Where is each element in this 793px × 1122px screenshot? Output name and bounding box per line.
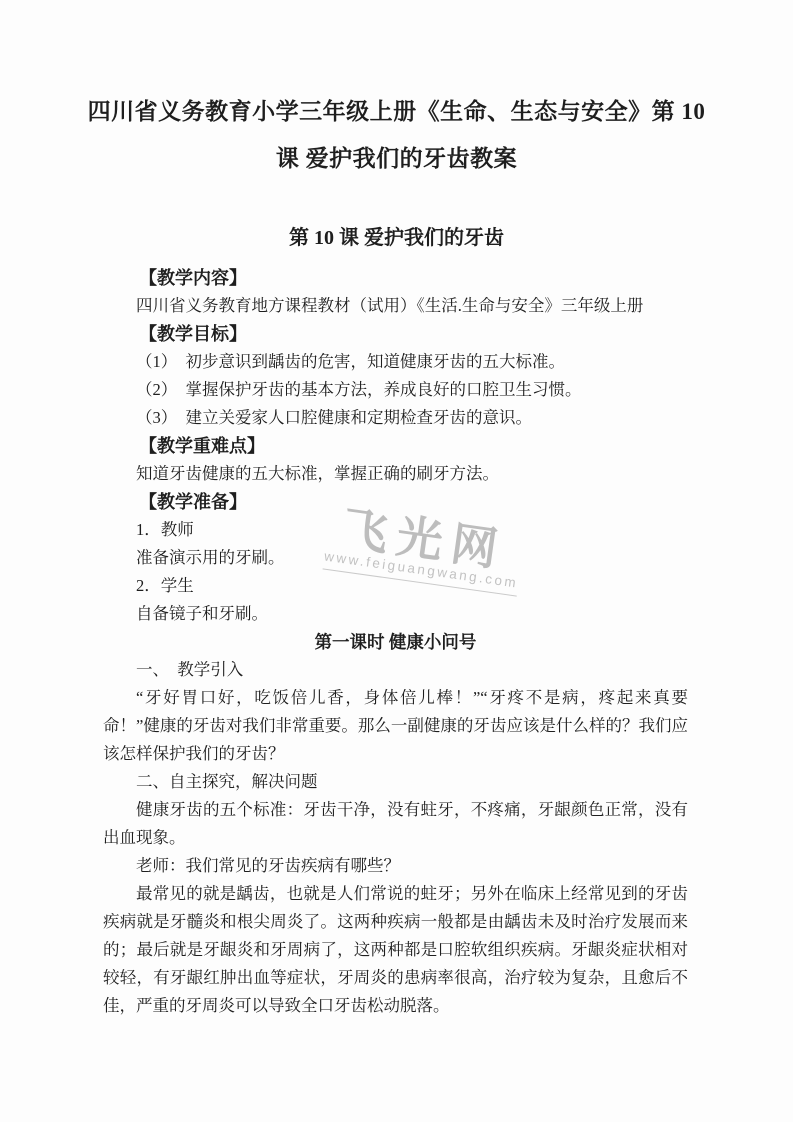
section-heading-teaching-content: 【教学内容】	[103, 264, 688, 292]
preparation-line-teacher: 1．教师	[103, 516, 688, 544]
objective-item-2: （2） 掌握保护牙齿的基本方法，养成良好的口腔卫生习惯。	[103, 376, 688, 404]
period1-step2-heading: 二、自主探究，解决问题	[103, 768, 688, 796]
section-heading-preparation: 【教学准备】	[103, 488, 688, 516]
objective-item-1: （1） 初步意识到龋齿的危害，知道健康牙齿的五大标准。	[103, 348, 688, 376]
document-body: 【教学内容】 四川省义务教育地方课程教材（试用）《生活.生命与安全》三年级上册 …	[103, 264, 688, 1020]
teaching-content-text: 四川省义务教育地方课程教材（试用）《生活.生命与安全》三年级上册	[103, 292, 688, 320]
preparation-line-teacher-item: 准备演示用的牙刷。	[103, 544, 688, 572]
document-title: 四川省义务教育小学三年级上册《生命、生态与安全》第 10 课 爱护我们的牙齿教案	[0, 0, 793, 182]
lesson-heading: 第 10 课 爱护我们的牙齿	[0, 226, 793, 250]
period1-teacher-question: 老师：我们常见的牙齿疾病有哪些？	[103, 852, 688, 880]
preparation-line-student-item: 自备镜子和牙刷。	[103, 600, 688, 628]
period1-standards-paragraph: 健康牙齿的五个标准：牙齿干净，没有蛀牙，不疼痛，牙龈颜色正常，没有出血现象。	[103, 796, 688, 852]
key-points-text: 知道牙齿健康的五大标准，掌握正确的刷牙方法。	[103, 460, 688, 488]
document-title-line-1: 四川省义务教育小学三年级上册《生命、生态与安全》第 10	[0, 88, 793, 135]
preparation-line-student: 2．学生	[103, 572, 688, 600]
period1-disease-paragraph: 最常见的就是龋齿，也就是人们常说的蛀牙；另外在临床上经常见到的牙齿疾病就是牙髓炎…	[103, 880, 688, 1020]
objective-item-3: （3） 建立关爱家人口腔健康和定期检查牙齿的意识。	[103, 404, 688, 432]
document-page: 四川省义务教育小学三年级上册《生命、生态与安全》第 10 课 爱护我们的牙齿教案…	[0, 0, 793, 1122]
section-heading-teaching-objectives: 【教学目标】	[103, 320, 688, 348]
period1-heading: 第一课时 健康小问号	[103, 628, 688, 656]
period1-step1-heading: 一、 教学引入	[103, 656, 688, 684]
period1-intro-paragraph: “牙好胃口好，吃饭倍儿香，身体倍儿棒！”“牙疼不是病，疼起来真要命！”健康的牙齿…	[103, 684, 688, 768]
section-heading-key-points: 【教学重难点】	[103, 432, 688, 460]
document-title-line-2: 课 爱护我们的牙齿教案	[0, 135, 793, 182]
